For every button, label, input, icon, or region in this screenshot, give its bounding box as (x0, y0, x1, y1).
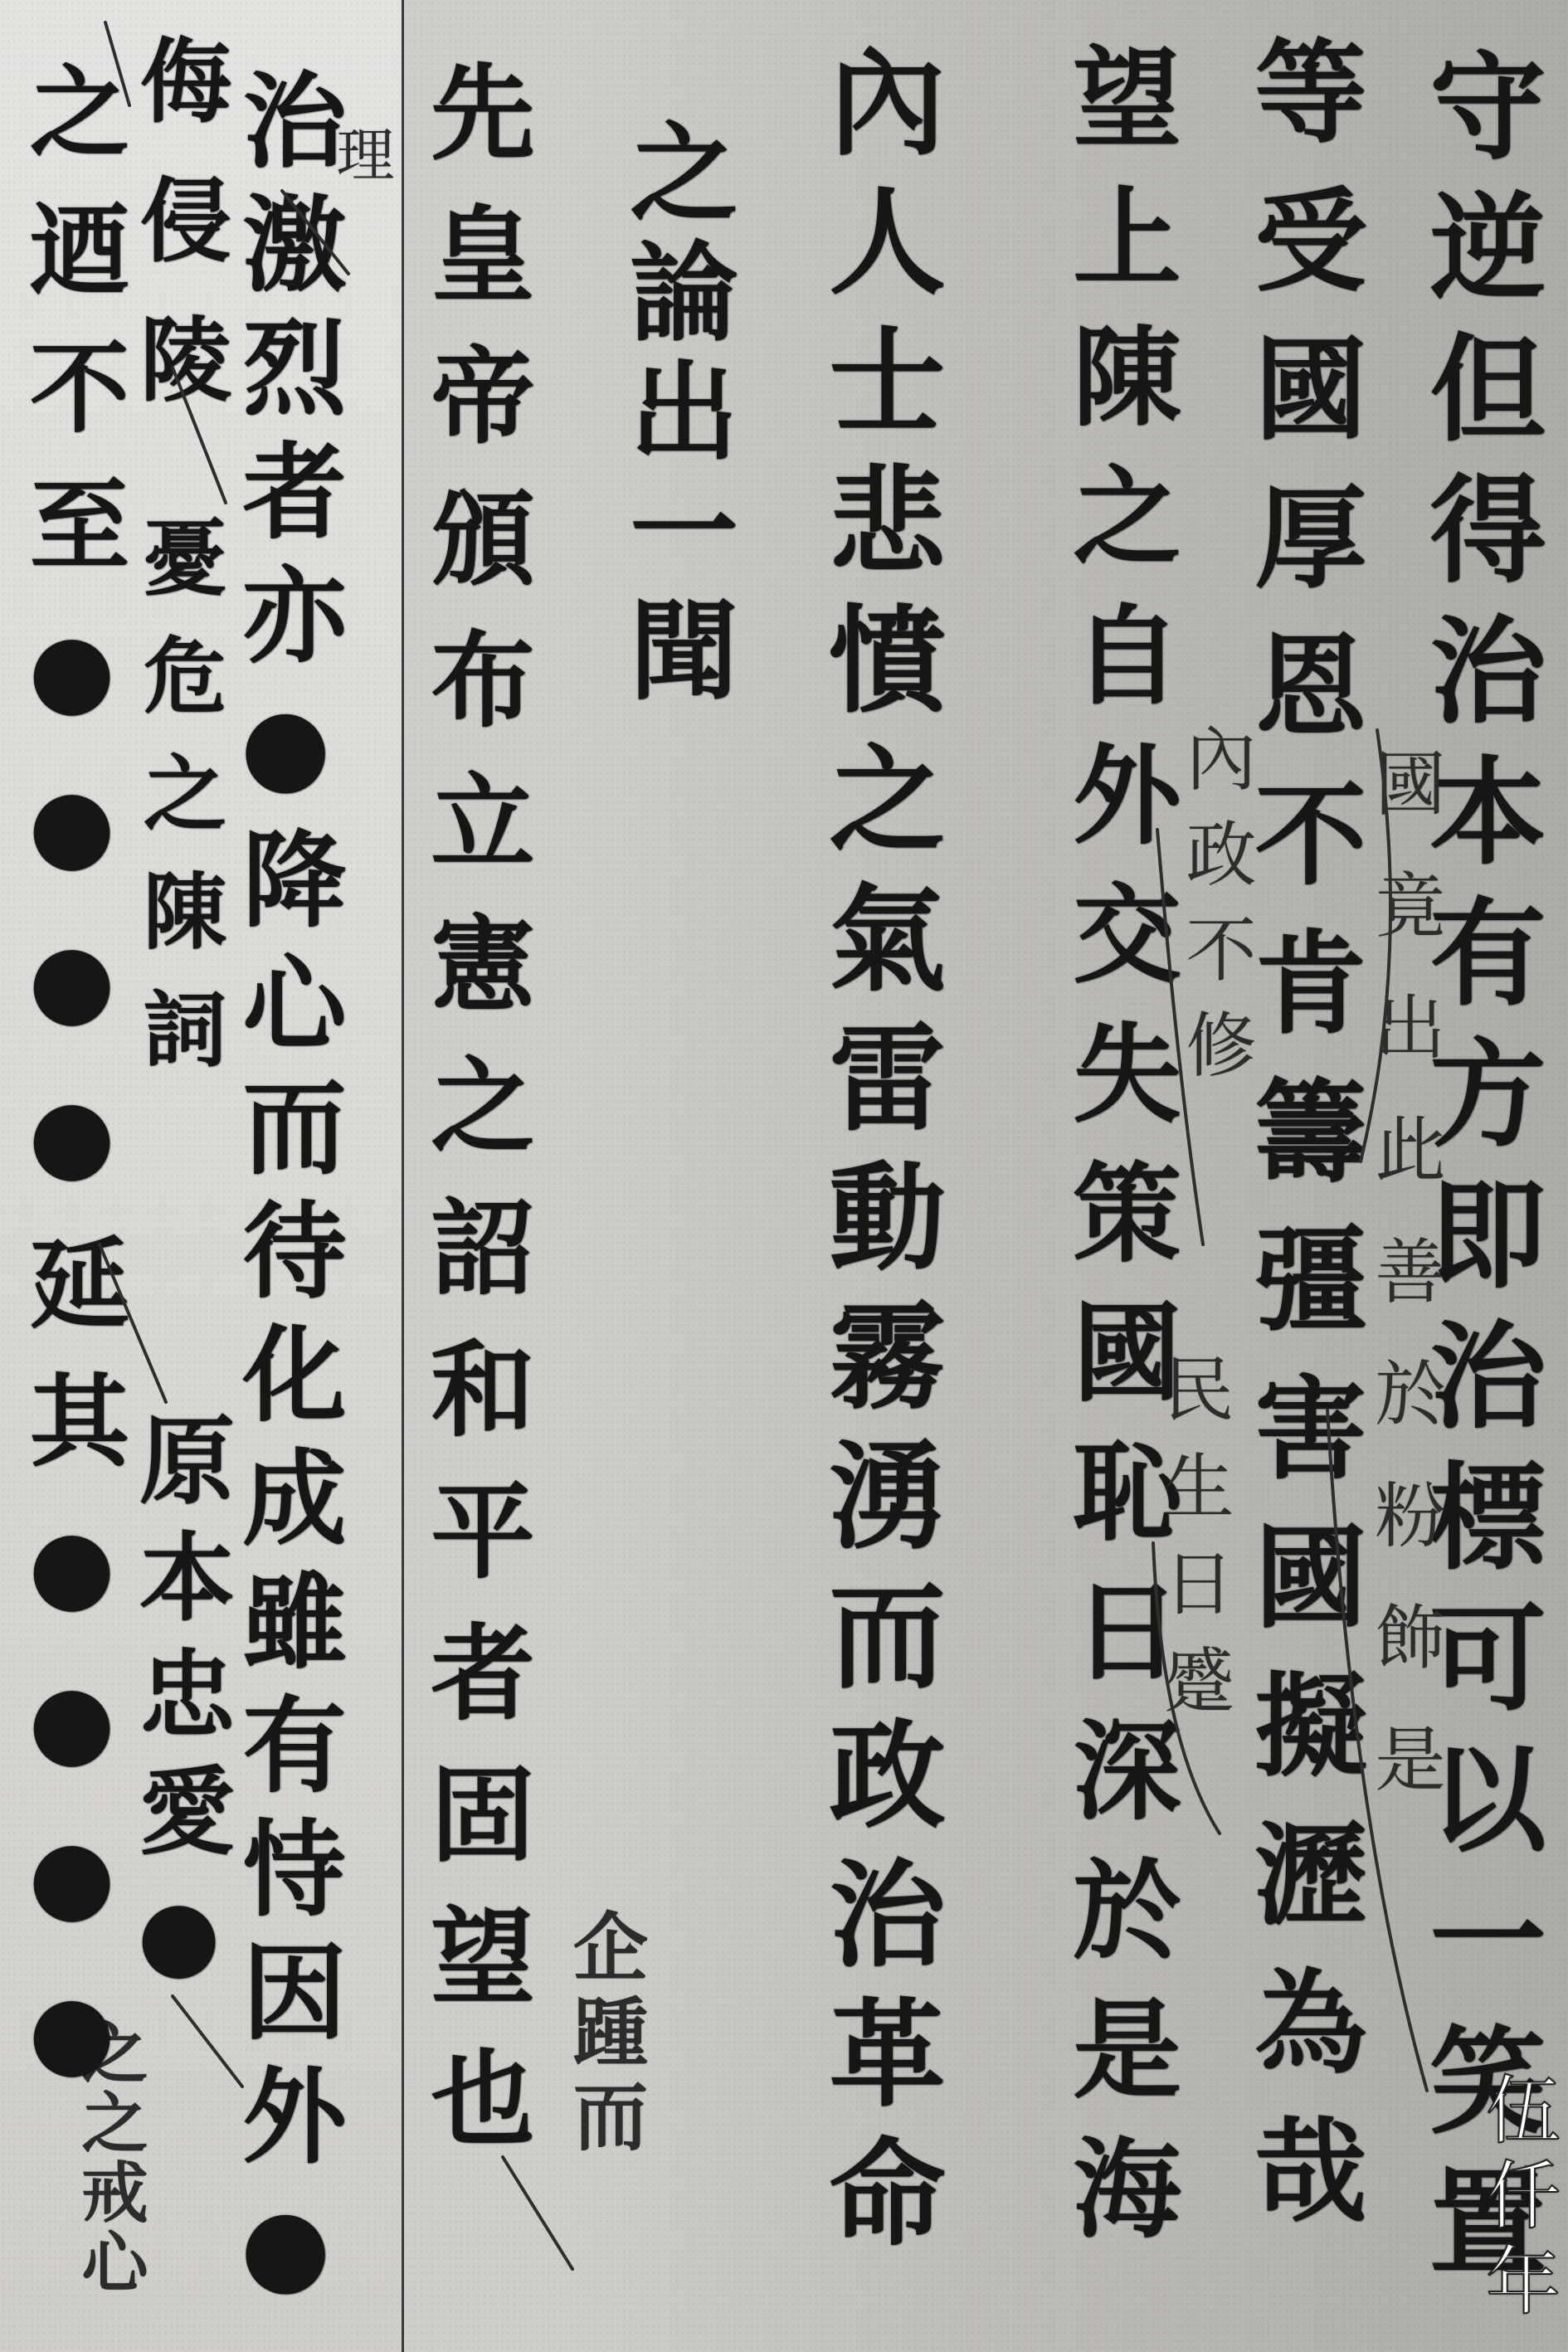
annotation-d: 企踵而 (567, 1908, 641, 2162)
manuscript-page: 守逆但得治本有方即治標可以一笑置 等受國厚恩不肯籌彊害國擬瀝為哉 望上陳之自外交… (0, 0, 1568, 2352)
text-column-r4: 內人士悲憤之氣雷動霧湧而政治革命 (820, 41, 936, 2272)
annotation-a: 國竟出此善於粉飾是 (1369, 747, 1439, 1844)
text-column-l2-part1: 侮侵陵 (133, 33, 224, 451)
annotation-b: 內政不修 (1180, 722, 1250, 1103)
text-column-l3: 之迺不至●●●●延其●●●● (22, 60, 121, 2127)
text-column-r3: 望上陳之自外交失策國恥日深於是海 (1064, 41, 1172, 2272)
text-column-r5: 之論出一聞 (621, 116, 729, 713)
annotation-c: 民生日蹙 (1157, 1352, 1228, 1741)
text-column-r6: 先皇帝頒布立憲之詔和平者固望也 (421, 58, 525, 2186)
watermark: 伍仟年 (1478, 2071, 1553, 2327)
annotation-l1-insert: 理 (332, 124, 390, 183)
text-column-l2-part2: 憂危之陳詞 (137, 514, 220, 1103)
text-column-l2-part3: 原本忠愛● (131, 1410, 226, 2012)
text-column-l1: 治激烈者亦●降心而待化成雖有恃因外● (233, 66, 337, 2326)
text-column-r2: 等受國厚恩不肯籌彊害國擬瀝為哉 (1246, 33, 1358, 2261)
